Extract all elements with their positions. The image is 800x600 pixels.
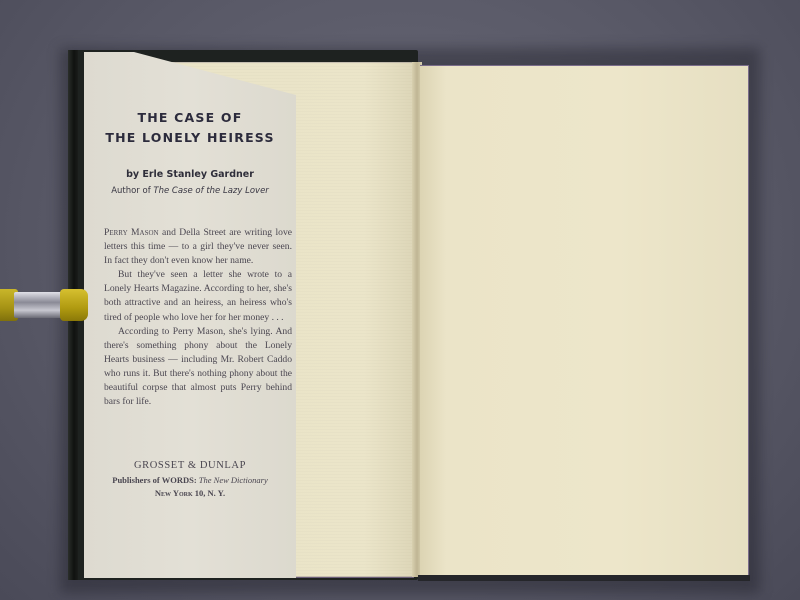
author-byline: by Erle Stanley Gardner bbox=[84, 169, 296, 180]
right-page bbox=[420, 65, 749, 577]
publisher-tagline-prefix: Publishers of WORDS: bbox=[112, 475, 199, 485]
flap-blurb: Perry Mason and Della Street are writing… bbox=[104, 226, 292, 409]
publisher-city: New York 10, N. Y. bbox=[84, 488, 296, 498]
clip-tip bbox=[60, 289, 88, 321]
book-cover-right-edge bbox=[418, 575, 750, 581]
author-of-line: Author of The Case of the Lazy Lover bbox=[84, 186, 296, 196]
book-title-line2: THE LONELY HEIRESS bbox=[84, 130, 296, 145]
dust-jacket-flap: THE CASE OF THE LONELY HEIRESS by Erle S… bbox=[84, 52, 296, 578]
blurb-paragraph-1: Perry Mason and Della Street are writing… bbox=[104, 226, 292, 268]
prior-book-title: The Case of the Lazy Lover bbox=[153, 186, 268, 196]
publisher-name: GROSSET & DUNLAP bbox=[84, 460, 296, 471]
publisher-tagline: Publishers of WORDS: The New Dictionary bbox=[84, 475, 296, 485]
publisher-tagline-title: The New Dictionary bbox=[199, 475, 268, 485]
blurb-paragraph-2: But they've seen a letter she wrote to a… bbox=[104, 268, 292, 324]
binder-clip bbox=[0, 289, 88, 321]
flap-content: THE CASE OF THE LONELY HEIRESS by Erle S… bbox=[84, 52, 296, 578]
book-title-line1: THE CASE OF bbox=[84, 110, 296, 125]
blurb-smallcaps: Perry Mason bbox=[104, 227, 159, 238]
clip-metal-spring bbox=[14, 292, 64, 318]
blurb-paragraph-3: According to Perry Mason, she's lying. A… bbox=[104, 325, 292, 410]
author-of-prefix: Author of bbox=[111, 186, 153, 196]
